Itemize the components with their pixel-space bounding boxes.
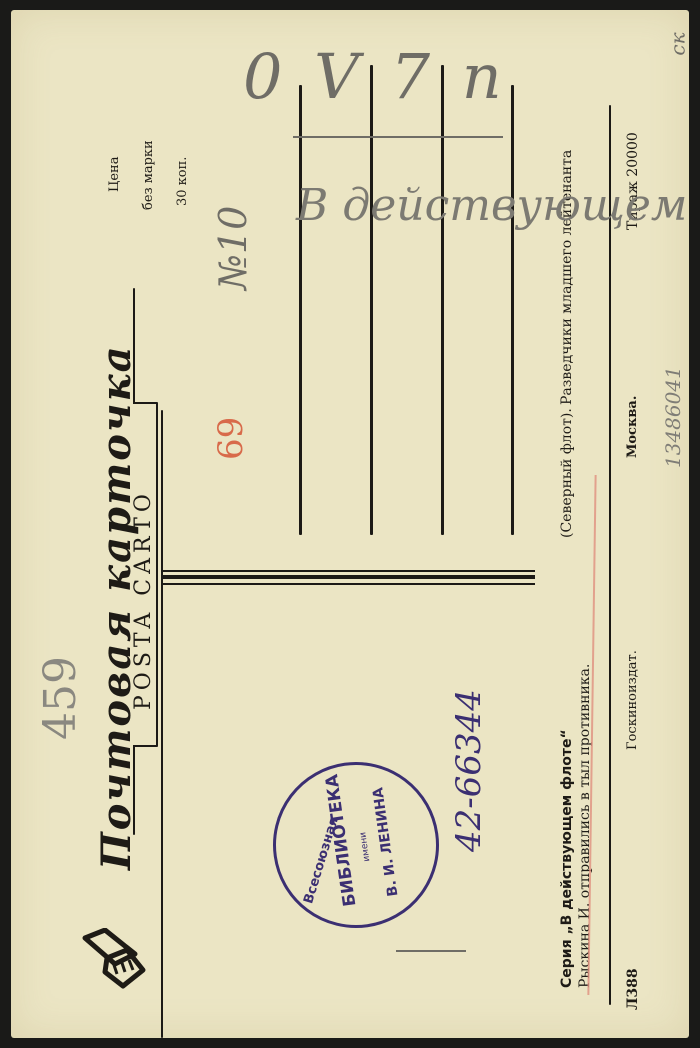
red-pencil-number: 69: [211, 417, 251, 460]
divider-vertical: [161, 410, 163, 1038]
caption-series: Серия „В действующем флоте“: [559, 729, 575, 988]
price-note: без марки: [141, 140, 156, 210]
pencil-nr-10: №10: [211, 206, 255, 290]
pencil-corner-mark: ск: [666, 32, 690, 55]
price-label: Цена: [107, 157, 122, 192]
divider-line-c: [161, 583, 535, 585]
publisher-logo-icon: [77, 928, 147, 990]
title-frame-step-upper: [133, 402, 157, 404]
title-frame-bottom-edge: [133, 745, 135, 835]
title-frame-step-lower: [133, 745, 157, 747]
title-frame-right-edge: [156, 402, 158, 747]
pencil-dash: [396, 950, 466, 952]
price-value: 30 коп.: [175, 157, 190, 206]
pencil-inventory-number: 13486041: [661, 366, 685, 468]
violet-catalog-number: 42-66344: [449, 689, 489, 852]
caption-code: Л388: [625, 968, 641, 1010]
pencil-date: 0 V 7 п: [243, 40, 508, 113]
pencil-dedication: В действующем: [296, 180, 687, 231]
postcard-back: Почтовая карточка POSTA CARTO Цена без м…: [11, 10, 689, 1038]
caption-fleet: (Северный флот).: [559, 408, 575, 538]
pencil-date-underline: [293, 136, 503, 138]
caption-separator: [609, 105, 611, 1005]
divider-line-b: [161, 575, 535, 579]
caption-publisher: Госкиноиздат.: [625, 650, 640, 750]
caption-city: Москва.: [625, 396, 640, 458]
postcard-subtitle: POSTA CARTO: [131, 489, 156, 710]
address-line-4: [511, 85, 514, 535]
title-frame-top-edge: [133, 288, 135, 403]
stamp-line3: В. И. ЛЕНИНА: [370, 786, 401, 897]
pencil-number-459: 459: [35, 656, 86, 740]
divider-line-a: [161, 570, 535, 572]
library-stamp: Всесоюзная БИБЛИОТЕКА имени В. И. ЛЕНИНА: [262, 751, 449, 938]
stamp-line2: имени: [358, 831, 372, 862]
address-line-1: [299, 85, 302, 535]
